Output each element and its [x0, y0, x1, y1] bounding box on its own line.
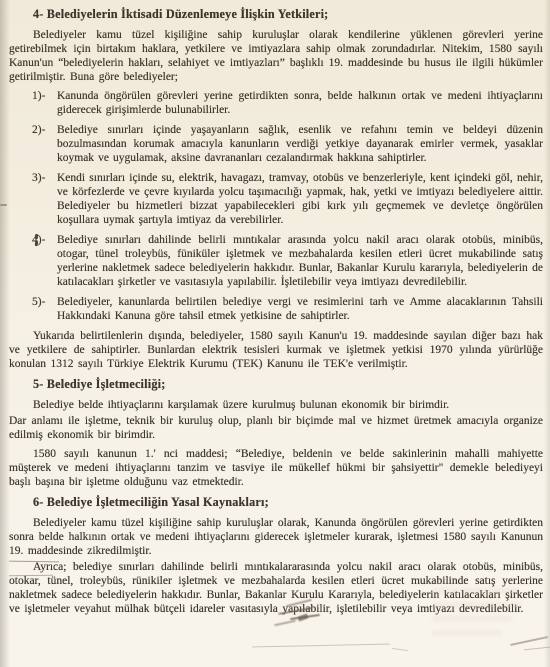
belde-paragraph: Belediye belde ihtiyaçlarını karşılamak … [9, 398, 543, 412]
item-text: Kendi sınırları içinde su, elektrik, hav… [57, 171, 543, 227]
list-item: 1)- Kanunda öngörülen görevleri yerine g… [9, 89, 543, 117]
item-text: Belediye sınırları içinde yaşayanların s… [57, 123, 543, 165]
dar-anlam-paragraph: Dar anlamı ile işletme, teknik bir kurul… [9, 414, 543, 442]
section-heading-6: 6- Belediye İşletmeciliğin Yasal Kaynakl… [33, 495, 543, 510]
section-6-intro-paragraph: Belediyeler kamu tüzel kişiliğine sahip … [9, 516, 543, 558]
item-number: 5)- [32, 295, 57, 323]
item-number: 3)- [32, 171, 57, 227]
municipal-powers-list: 1)- Kanunda öngörülen görevleri yerine g… [9, 89, 543, 323]
kanun-1580-paragraph: 1580 sayılı kanunun 1.' nci maddesi; “Be… [9, 447, 543, 489]
scan-edge-shadow-right [544, 0, 550, 667]
corner-pencil-stroke [524, 647, 550, 651]
item-text: Kanunda öngörülen görevleri yerine getir… [57, 89, 543, 117]
list-item: 4)- Belediye sınırları dahilinde belirli… [9, 233, 543, 289]
left-edge-mark [0, 204, 7, 206]
item-text: Belediyeler, kanunlarda belirtilen beled… [57, 295, 543, 323]
item-text: Belediye sınırları dahilinde belirli mın… [57, 233, 543, 289]
pencil-line [252, 644, 390, 648]
item-number: 1)- [32, 89, 57, 117]
pencil-tick [392, 648, 408, 652]
list-item: 2)- Belediye sınırları içinde yaşayanlar… [9, 123, 543, 165]
section-heading-5: 5- Belediye İşletmeciliği; [33, 377, 543, 392]
list-item: 3)- Kendi sınırları içinde su, elektrik,… [9, 171, 543, 227]
section-heading-4: 4- Belediyelerin İktisadi Düzenlemeye İl… [33, 7, 543, 22]
intro-paragraph: Belediyeler kamu tüzel kişiliğine sahip … [9, 28, 543, 84]
scanned-document-page: 4- Belediyelerin İktisadi Düzenlemeye İl… [0, 0, 550, 667]
ink-bleedthrough [432, 630, 502, 636]
document-content: 4- Belediyelerin İktisadi Düzenlemeye İl… [9, 5, 543, 621]
ayrica-paragraph: Ayrıca; belediye sınırları dahilinde bel… [9, 560, 543, 616]
list-item: 5)- Belediyeler, kanunlarda belirtilen b… [9, 295, 543, 323]
item-number: 2)- [32, 123, 57, 165]
corner-pencil-stroke [510, 636, 548, 645]
item-number: 4)- [32, 233, 57, 289]
other-rights-paragraph: Yukarıda belirtilenlerin dışında, beledi… [9, 329, 543, 371]
